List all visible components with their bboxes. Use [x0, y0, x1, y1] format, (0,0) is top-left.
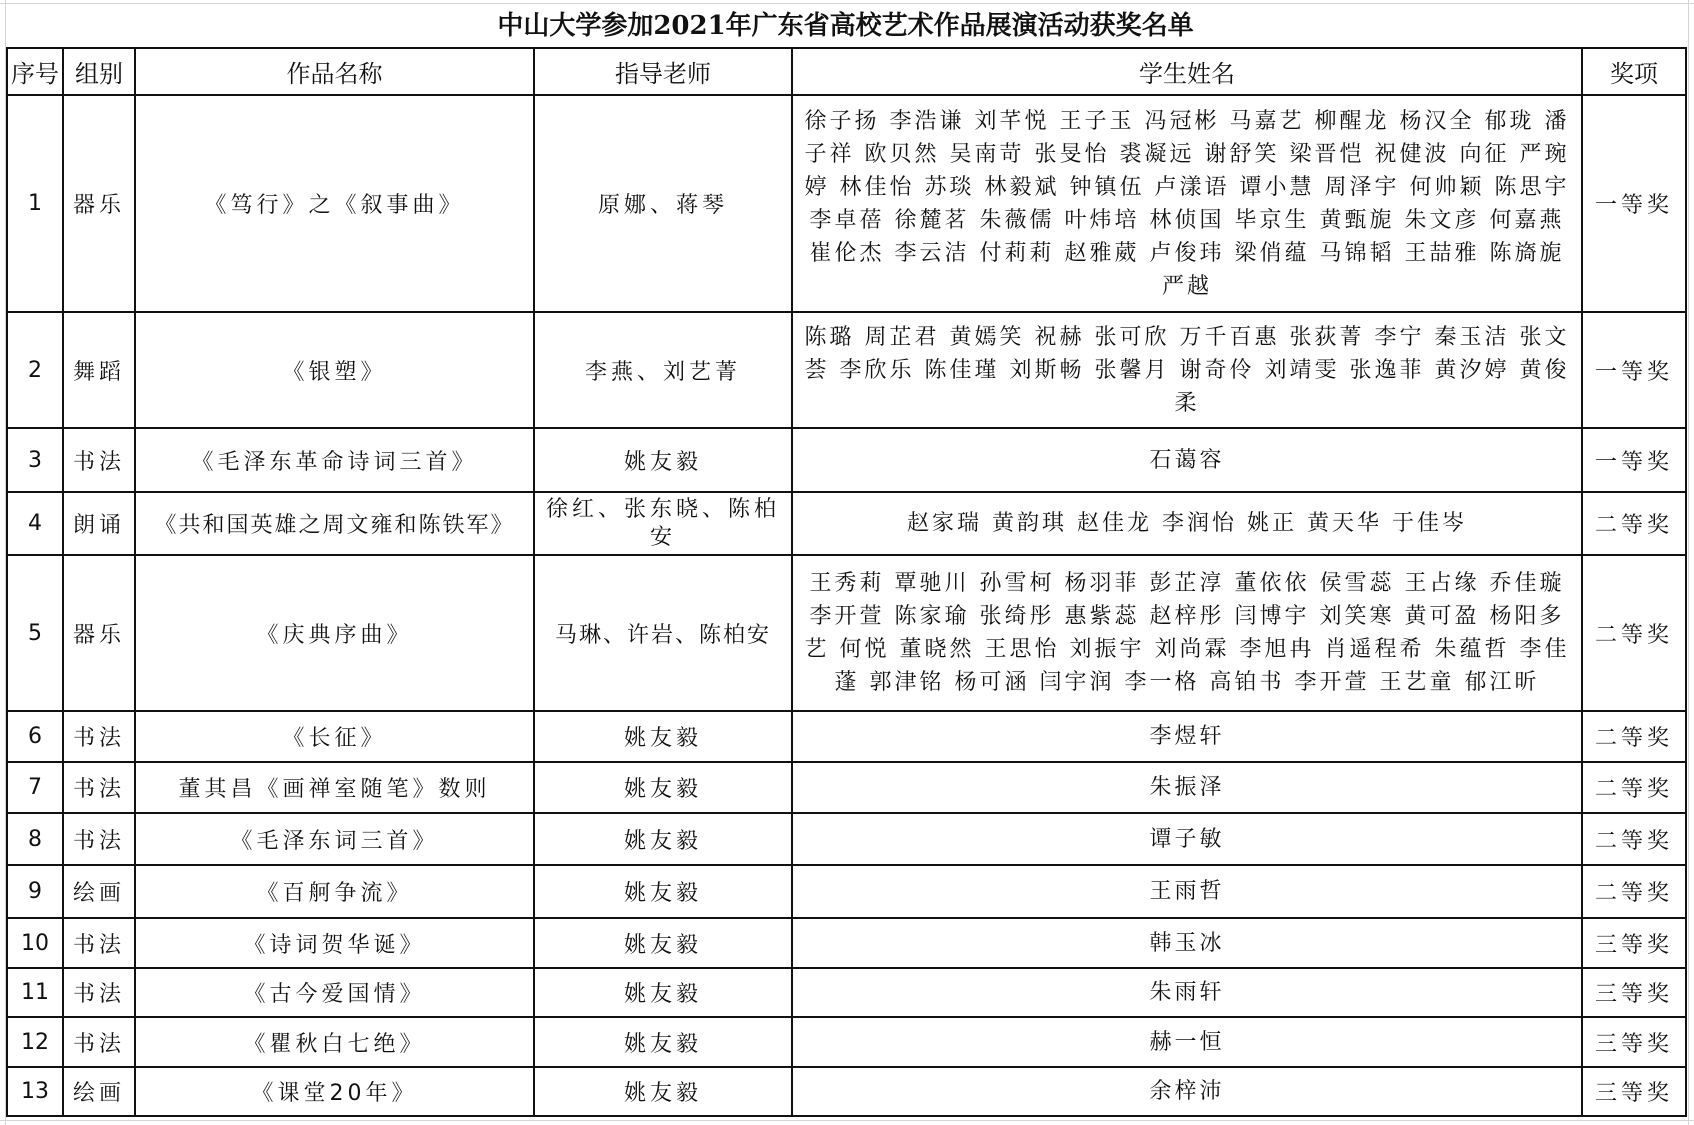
- cell-group[interactable]: 书法: [63, 918, 135, 968]
- cell-teacher[interactable]: 姚友毅: [534, 711, 792, 762]
- cell-students[interactable]: 朱雨轩: [792, 968, 1582, 1017]
- cell-work[interactable]: 董其昌《画禅室随笔》数则: [135, 762, 534, 813]
- cell-teacher[interactable]: 姚友毅: [534, 1067, 792, 1116]
- cell-award[interactable]: 二等奖: [1582, 711, 1686, 762]
- cell-students[interactable]: 李煜轩: [792, 711, 1582, 762]
- sheet-gridline: [1688, 0, 1689, 1125]
- cell-index[interactable]: 1: [7, 95, 63, 312]
- header-group[interactable]: 组别: [63, 48, 135, 95]
- cell-teacher[interactable]: 原娜、蒋琴: [534, 95, 792, 312]
- cell-index[interactable]: 9: [7, 865, 63, 918]
- cell-work[interactable]: 《毛泽东词三首》: [135, 813, 534, 865]
- cell-work[interactable]: 《古今爱国情》: [135, 968, 534, 1017]
- table-row: 1 器乐 《笃行》之《叙事曲》 原娜、蒋琴 徐子扬 李浩谦 刘芊悦 王子玉 冯冠…: [7, 95, 1686, 312]
- table-row: 8 书法 《毛泽东词三首》 姚友毅 谭子敏 二等奖: [7, 813, 1686, 865]
- cell-award[interactable]: 三等奖: [1582, 918, 1686, 968]
- cell-group[interactable]: 器乐: [63, 555, 135, 711]
- cell-award[interactable]: 二等奖: [1582, 762, 1686, 813]
- table-row: 11 书法 《古今爱国情》 姚友毅 朱雨轩 三等奖: [7, 968, 1686, 1017]
- cell-students[interactable]: 徐子扬 李浩谦 刘芊悦 王子玉 冯冠彬 马嘉艺 柳醒龙 杨汉全 郁珑 潘子祥 欧…: [792, 95, 1582, 312]
- cell-work[interactable]: 《笃行》之《叙事曲》: [135, 95, 534, 312]
- cell-students[interactable]: 王秀莉 覃驰川 孙雪柯 杨羽菲 彭芷淳 董依依 侯雪蕊 王占缘 乔佳璇 李开萱 …: [792, 555, 1582, 711]
- cell-work[interactable]: 《庆典序曲》: [135, 555, 534, 711]
- sheet-gridline: [0, 1120, 1694, 1121]
- cell-index[interactable]: 2: [7, 312, 63, 428]
- cell-index[interactable]: 12: [7, 1017, 63, 1067]
- cell-students[interactable]: 石蔼容: [792, 428, 1582, 492]
- cell-work[interactable]: 《长征》: [135, 711, 534, 762]
- cell-work[interactable]: 《银塑》: [135, 312, 534, 428]
- cell-work[interactable]: 《诗词贺华诞》: [135, 918, 534, 968]
- table-row: 4 朗诵 《共和国英雄之周文雍和陈铁军》 徐红、张东晓、陈柏安 赵家瑞 黄韵琪 …: [7, 492, 1686, 555]
- cell-students[interactable]: 韩玉冰: [792, 918, 1582, 968]
- cell-work[interactable]: 《毛泽东革命诗词三首》: [135, 428, 534, 492]
- cell-index[interactable]: 4: [7, 492, 63, 555]
- cell-group[interactable]: 书法: [63, 711, 135, 762]
- cell-teacher[interactable]: 姚友毅: [534, 865, 792, 918]
- cell-group[interactable]: 书法: [63, 813, 135, 865]
- cell-index[interactable]: 6: [7, 711, 63, 762]
- header-row: 序号 组别 作品名称 指导老师 学生姓名 奖项: [7, 48, 1686, 95]
- cell-group[interactable]: 器乐: [63, 95, 135, 312]
- header-award[interactable]: 奖项: [1582, 48, 1686, 95]
- cell-award[interactable]: 二等奖: [1582, 813, 1686, 865]
- cell-index[interactable]: 7: [7, 762, 63, 813]
- cell-group[interactable]: 舞蹈: [63, 312, 135, 428]
- cell-index[interactable]: 5: [7, 555, 63, 711]
- cell-group[interactable]: 绘画: [63, 1067, 135, 1116]
- awards-table: 序号 组别 作品名称 指导老师 学生姓名 奖项 1 器乐 《笃行》之《叙事曲》 …: [6, 47, 1687, 1117]
- cell-award[interactable]: 一等奖: [1582, 428, 1686, 492]
- cell-teacher[interactable]: 姚友毅: [534, 428, 792, 492]
- cell-award[interactable]: 一等奖: [1582, 312, 1686, 428]
- cell-students[interactable]: 谭子敏: [792, 813, 1582, 865]
- cell-group[interactable]: 书法: [63, 1017, 135, 1067]
- sheet-title: 中山大学参加2021年广东省高校艺术作品展演活动获奖名单: [6, 0, 1685, 47]
- cell-students[interactable]: 朱振泽: [792, 762, 1582, 813]
- cell-teacher[interactable]: 姚友毅: [534, 813, 792, 865]
- cell-teacher[interactable]: 马琳、许岩、陈柏安: [534, 555, 792, 711]
- cell-award[interactable]: 二等奖: [1582, 865, 1686, 918]
- table-row: 13 绘画 《课堂20年》 姚友毅 余梓沛 三等奖: [7, 1067, 1686, 1116]
- cell-students[interactable]: 王雨哲: [792, 865, 1582, 918]
- cell-group[interactable]: 书法: [63, 428, 135, 492]
- cell-index[interactable]: 11: [7, 968, 63, 1017]
- header-teacher[interactable]: 指导老师: [534, 48, 792, 95]
- cell-award[interactable]: 三等奖: [1582, 968, 1686, 1017]
- cell-award[interactable]: 二等奖: [1582, 555, 1686, 711]
- cell-index[interactable]: 10: [7, 918, 63, 968]
- cell-group[interactable]: 书法: [63, 762, 135, 813]
- cell-work[interactable]: 《瞿秋白七绝》: [135, 1017, 534, 1067]
- table-row: 10 书法 《诗词贺华诞》 姚友毅 韩玉冰 三等奖: [7, 918, 1686, 968]
- cell-group[interactable]: 绘画: [63, 865, 135, 918]
- cell-group[interactable]: 朗诵: [63, 492, 135, 555]
- cell-index[interactable]: 8: [7, 813, 63, 865]
- table-row: 12 书法 《瞿秋白七绝》 姚友毅 赫一恒 三等奖: [7, 1017, 1686, 1067]
- cell-teacher[interactable]: 姚友毅: [534, 968, 792, 1017]
- table-row: 3 书法 《毛泽东革命诗词三首》 姚友毅 石蔼容 一等奖: [7, 428, 1686, 492]
- cell-students[interactable]: 赫一恒: [792, 1017, 1582, 1067]
- table-row: 7 书法 董其昌《画禅室随笔》数则 姚友毅 朱振泽 二等奖: [7, 762, 1686, 813]
- cell-students[interactable]: 陈璐 周芷君 黄嫣笑 祝赫 张可欣 万千百惠 张荻菁 李宁 秦玉洁 张文荟 李欣…: [792, 312, 1582, 428]
- table-row: 2 舞蹈 《银塑》 李燕、刘艺菁 陈璐 周芷君 黄嫣笑 祝赫 张可欣 万千百惠 …: [7, 312, 1686, 428]
- header-students[interactable]: 学生姓名: [792, 48, 1582, 95]
- table-row: 9 绘画 《百舸争流》 姚友毅 王雨哲 二等奖: [7, 865, 1686, 918]
- table-row: 6 书法 《长征》 姚友毅 李煜轩 二等奖: [7, 711, 1686, 762]
- cell-teacher[interactable]: 姚友毅: [534, 1017, 792, 1067]
- cell-teacher[interactable]: 姚友毅: [534, 762, 792, 813]
- cell-work[interactable]: 《百舸争流》: [135, 865, 534, 918]
- cell-group[interactable]: 书法: [63, 968, 135, 1017]
- cell-work[interactable]: 《共和国英雄之周文雍和陈铁军》: [135, 492, 534, 555]
- cell-index[interactable]: 13: [7, 1067, 63, 1116]
- table-row: 5 器乐 《庆典序曲》 马琳、许岩、陈柏安 王秀莉 覃驰川 孙雪柯 杨羽菲 彭芷…: [7, 555, 1686, 711]
- cell-work[interactable]: 《课堂20年》: [135, 1067, 534, 1116]
- cell-students[interactable]: 赵家瑞 黄韵琪 赵佳龙 李润怡 姚正 黄天华 于佳岑: [792, 492, 1582, 555]
- cell-teacher[interactable]: 徐红、张东晓、陈柏安: [534, 492, 792, 555]
- header-work[interactable]: 作品名称: [135, 48, 534, 95]
- cell-teacher[interactable]: 姚友毅: [534, 918, 792, 968]
- cell-award[interactable]: 三等奖: [1582, 1017, 1686, 1067]
- cell-index[interactable]: 3: [7, 428, 63, 492]
- cell-award[interactable]: 一等奖: [1582, 95, 1686, 312]
- cell-award[interactable]: 三等奖: [1582, 1067, 1686, 1116]
- header-index[interactable]: 序号: [7, 48, 63, 95]
- cell-award[interactable]: 二等奖: [1582, 492, 1686, 555]
- cell-teacher[interactable]: 李燕、刘艺菁: [534, 312, 792, 428]
- cell-students[interactable]: 余梓沛: [792, 1067, 1582, 1116]
